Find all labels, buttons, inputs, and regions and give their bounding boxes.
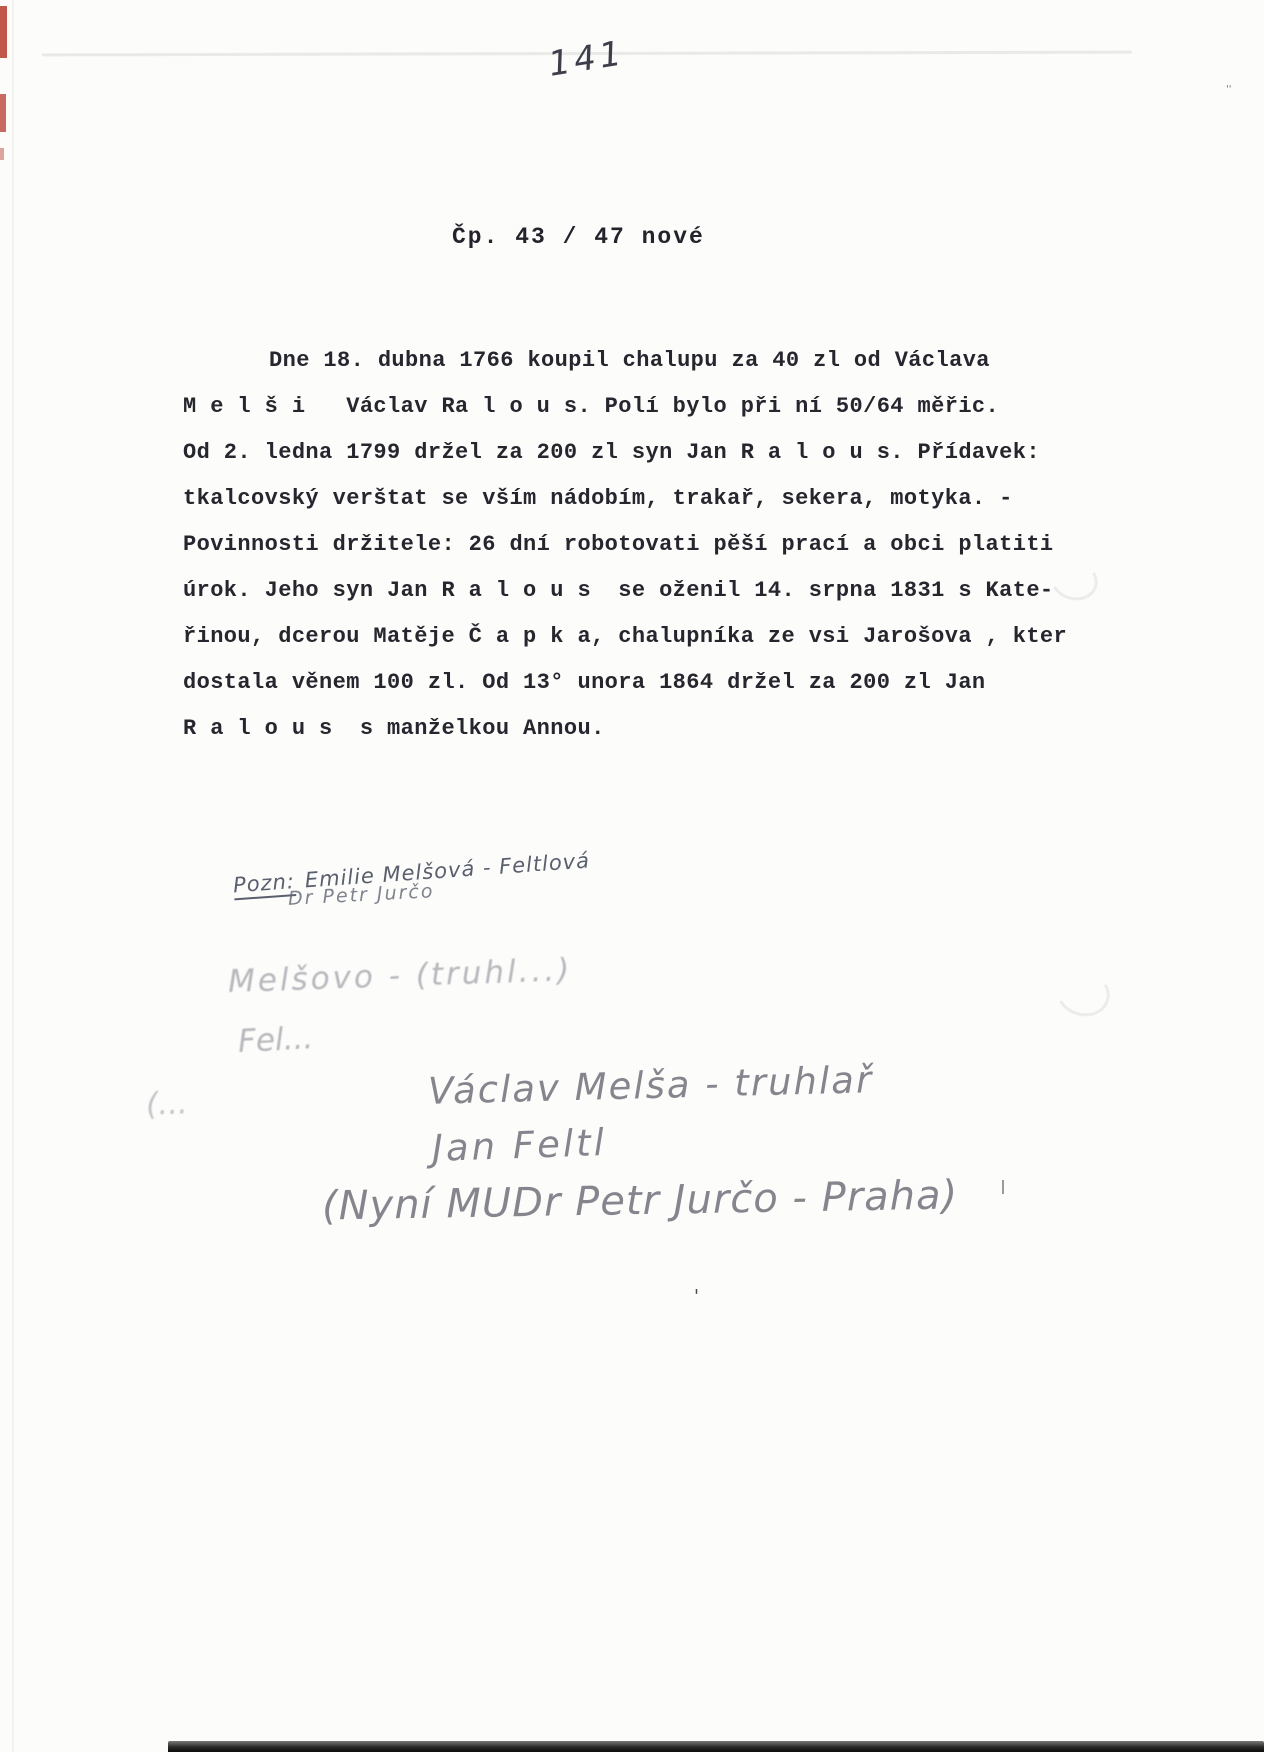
red-edge-mark — [0, 6, 7, 58]
text-line: řinou, dcerou Matěje Č a p k a, chalupní… — [183, 614, 1043, 660]
text-line: M e l š i Václav Ra l o u s. Polí bylo p… — [183, 384, 1043, 430]
typewritten-paragraph: Dne 18. dubna 1766 koupil chalupu za 40 … — [183, 338, 1043, 752]
handwritten-ink-note: Pozn:Emilie Melšová - Feltlová — [200, 825, 592, 924]
text-line: úrok. Jeho syn Jan R a l o u s se oženil… — [183, 568, 1043, 614]
text-line: Povinnosti držitele: 26 dní robotovati p… — [183, 522, 1043, 568]
text-line: Dne 18. dubna 1766 koupil chalupu za 40 … — [183, 338, 1043, 384]
pencil-note-line3: (Nyní MUDr Petr Jurčo - Praha) — [322, 1172, 959, 1229]
note-label: Pozn: — [232, 869, 296, 900]
scan-bottom-bar — [168, 1741, 1264, 1752]
text-line: Od 2. ledna 1799 držel za 200 zl syn Jan… — [183, 430, 1043, 476]
red-edge-mark — [0, 94, 6, 132]
hole-punch-ghost — [1050, 963, 1116, 1023]
faint-pencil-note-line1: Melšovo - (truhl...) — [227, 952, 572, 1000]
scanned-document-page: ' '' 141 Čp. 43 / 47 nové Dne 18. dubna … — [0, 0, 1264, 1752]
paper-edge-line — [12, 0, 14, 1752]
pencil-note-line2: Jan Feltl — [431, 1121, 607, 1170]
faint-pencil-note-line3: (... — [145, 1085, 188, 1122]
ink-speck: '' — [1226, 84, 1232, 95]
ink-speck: ' — [694, 1286, 699, 1307]
text-line: dostala věnem 100 zl. Od 13° unora 1864 … — [183, 660, 1043, 706]
text-line: tkalcovský verštat se vším nádobím, trak… — [183, 476, 1043, 522]
text-line: R a l o u s s manželkou Annou. — [183, 706, 1043, 752]
red-edge-mark — [0, 148, 4, 160]
ink-speck — [1002, 1180, 1004, 1194]
handwritten-page-number: 141 — [546, 23, 691, 84]
pencil-note-line1: Václav Melša - truhlař — [428, 1058, 874, 1113]
hole-punch-ghost — [1045, 554, 1103, 607]
document-title: Čp. 43 / 47 nové — [452, 224, 705, 250]
faint-pencil-note-line2: Fel... — [237, 1020, 314, 1060]
